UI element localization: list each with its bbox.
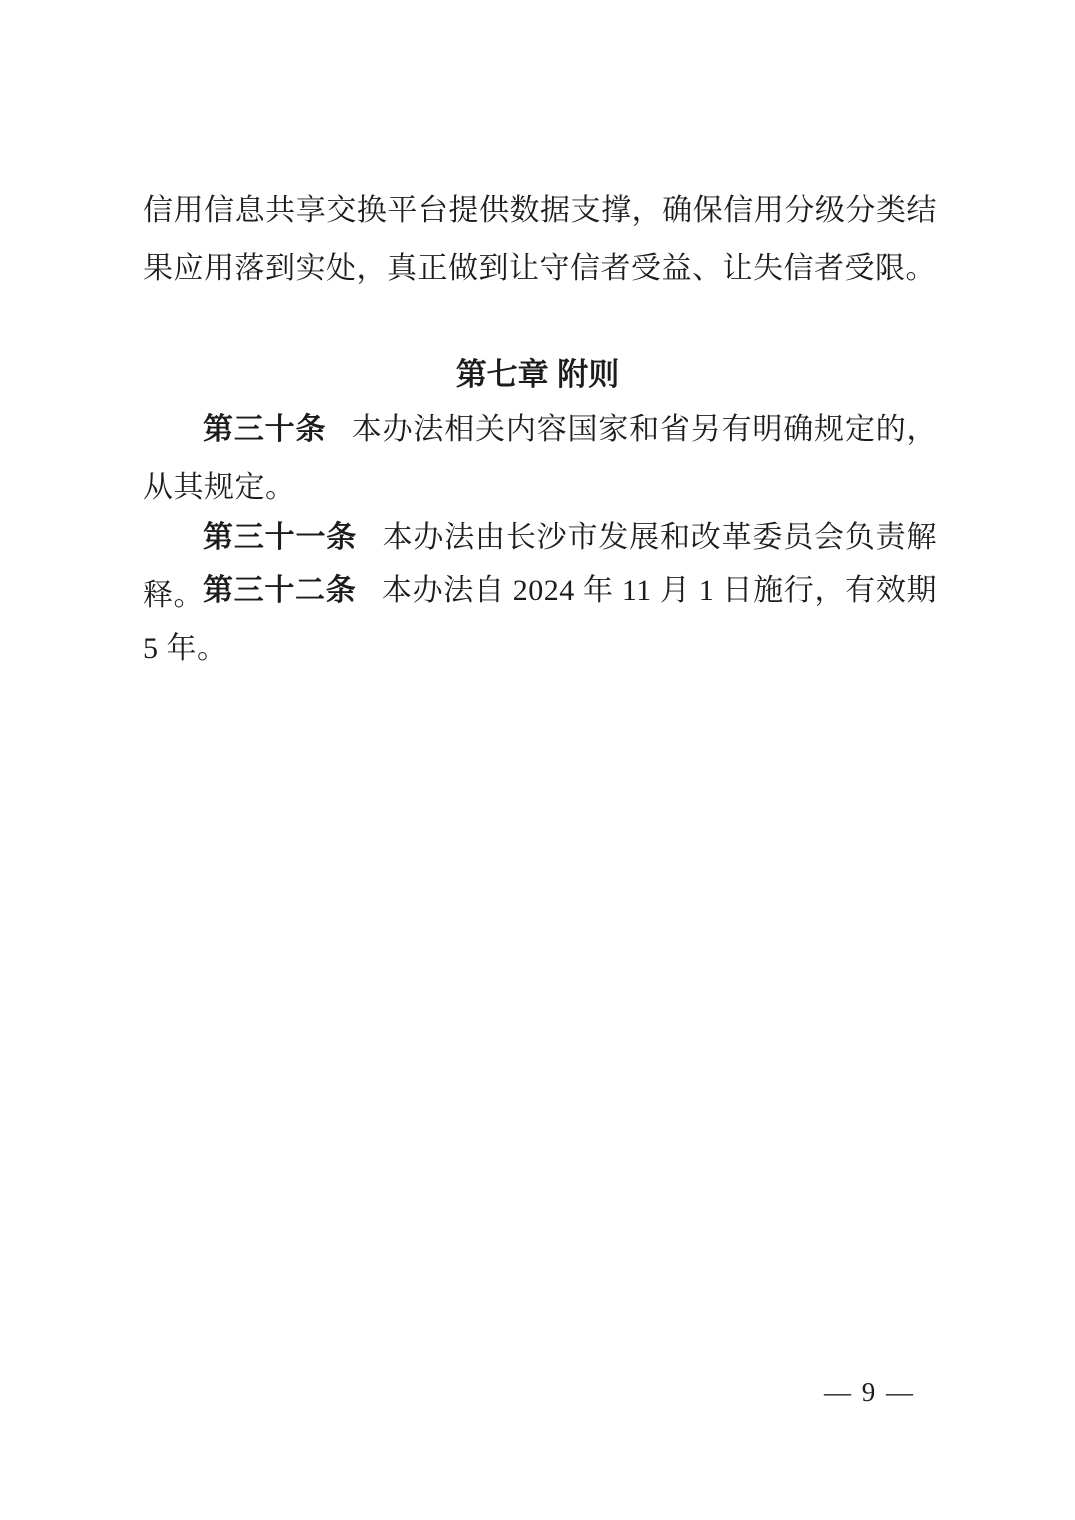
continued-paragraph: 信用信息共享交换平台提供数据支撑，确保信用分级分类结果应用落到实处，真正做到让守… [143,182,937,298]
article-31-number: 第三十一条 [203,521,357,554]
article-32-number: 第三十二条 [203,574,356,607]
chapter-heading: 第七章 附则 [0,346,1075,404]
article-30-number: 第三十条 [203,413,326,446]
article-32: 第三十二条本办法自 2024 年 11 月 1 日施行，有效期 5 年。 [143,562,937,678]
article-30: 第三十条本办法相关内容国家和省另有明确规定的，从其规定。 [143,401,937,517]
page-number: — 9 — [824,1377,915,1407]
document-page: 信用信息共享交换平台提供数据支撑，确保信用分级分类结果应用落到实处，真正做到让守… [0,0,1075,1520]
